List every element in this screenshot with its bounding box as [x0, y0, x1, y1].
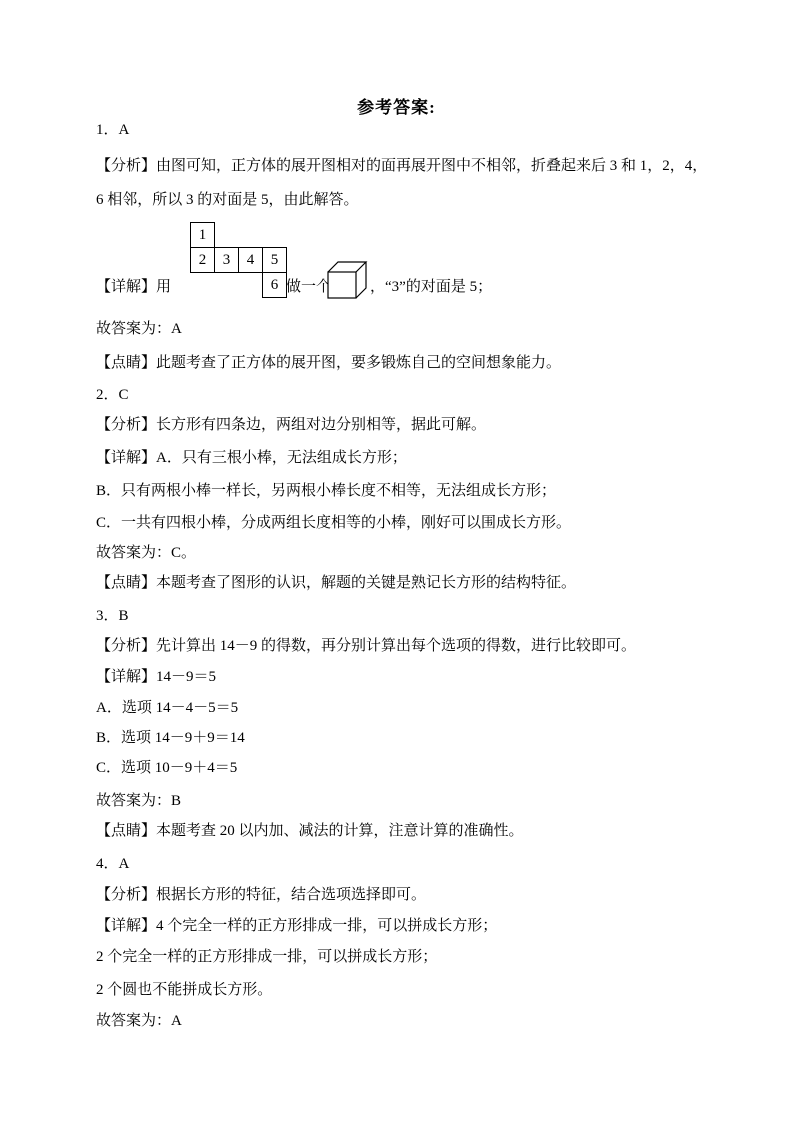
document-page: 参考答案: 1．A 【分析】由图可知，正方体的展开图相对的面再展开图中不相邻，折… — [0, 0, 793, 1122]
q2-remark: 【点睛】本题考查了图形的认识，解题的关键是熟记长方形的结构特征。 — [96, 573, 576, 594]
q3-answer: 3．B — [96, 606, 129, 627]
q3-detail-option-a: A．选项 14－4－5＝5 — [96, 698, 238, 719]
q2-conclusion: 故答案为：C。 — [96, 543, 196, 564]
net-cell-2: 2 — [190, 247, 215, 273]
q3-conclusion: 故答案为：B — [96, 791, 181, 812]
q3-detail-option-c: C．选项 10－9＋4＝5 — [96, 758, 237, 779]
detail-middle-text: 做一个 — [286, 277, 331, 298]
q2-detail-option-b: B．只有两根小棒一样长，另两根小棒长度不相等，无法组成长方形； — [96, 481, 556, 502]
q4-analysis: 【分析】根据长方形的特征，结合选项选择即可。 — [96, 885, 426, 906]
cube-net-figure: 1 2 3 4 5 6 — [190, 222, 287, 296]
q2-detail-option-c: C．一共有四根小棒，分成两组长度相等的小棒，刚好可以围成长方形。 — [96, 513, 571, 534]
q1-remark: 【点睛】此题考查了正方体的展开图，要多锻炼自己的空间想象能力。 — [96, 353, 561, 374]
q4-answer: 4．A — [96, 854, 129, 875]
q1-analysis-line-1: 【分析】由图可知，正方体的展开图相对的面再展开图中不相邻，折叠起来后 3 和 1… — [96, 156, 707, 177]
q1-conclusion: 故答案为：A — [96, 319, 182, 340]
detail-suffix-text: ，“3”的对面是 5； — [370, 277, 492, 298]
q4-conclusion: 故答案为：A — [96, 1011, 182, 1032]
q3-remark: 【点睛】本题考查 20 以内加、减法的计算，注意计算的准确性。 — [96, 821, 524, 842]
q3-analysis: 【分析】先计算出 14－9 的得数，再分别计算出每个选项的得数，进行比较即可。 — [96, 636, 636, 657]
cube-icon — [326, 260, 368, 300]
q2-detail-option-a: 【详解】A．只有三根小棒，无法组成长方形； — [96, 448, 407, 469]
q4-detail-line-3: 2 个圆也不能拼成长方形。 — [96, 980, 272, 1001]
q2-answer: 2．C — [96, 385, 129, 406]
q4-detail-line-1: 【详解】4 个完全一样的正方形排成一排，可以拼成长方形； — [96, 916, 497, 937]
q3-detail-option-b: B．选项 14－9＋9＝14 — [96, 728, 245, 749]
net-cell-1: 1 — [190, 222, 215, 248]
net-cell-6: 6 — [262, 272, 287, 298]
q1-analysis-line-2: 6 相邻，所以 3 的对面是 5，由此解答。 — [96, 190, 359, 211]
q1-detail-figure-line: 【详解】用 1 2 3 4 5 6 做一个 ，“3”的对面是 5； — [96, 222, 736, 300]
document-title: 参考答案: — [0, 93, 793, 118]
q2-analysis: 【分析】长方形有四条边，两组对边分别相等，据此可解。 — [96, 415, 486, 436]
q3-detail: 【详解】14－9＝5 — [96, 667, 216, 688]
q4-detail-line-2: 2 个完全一样的正方形排成一排，可以拼成长方形； — [96, 947, 437, 968]
net-cell-5: 5 — [262, 247, 287, 273]
q1-answer: 1．A — [96, 120, 129, 141]
net-cell-3: 3 — [214, 247, 239, 273]
net-cell-4: 4 — [238, 247, 263, 273]
detail-prefix-text: 【详解】用 — [96, 277, 171, 298]
